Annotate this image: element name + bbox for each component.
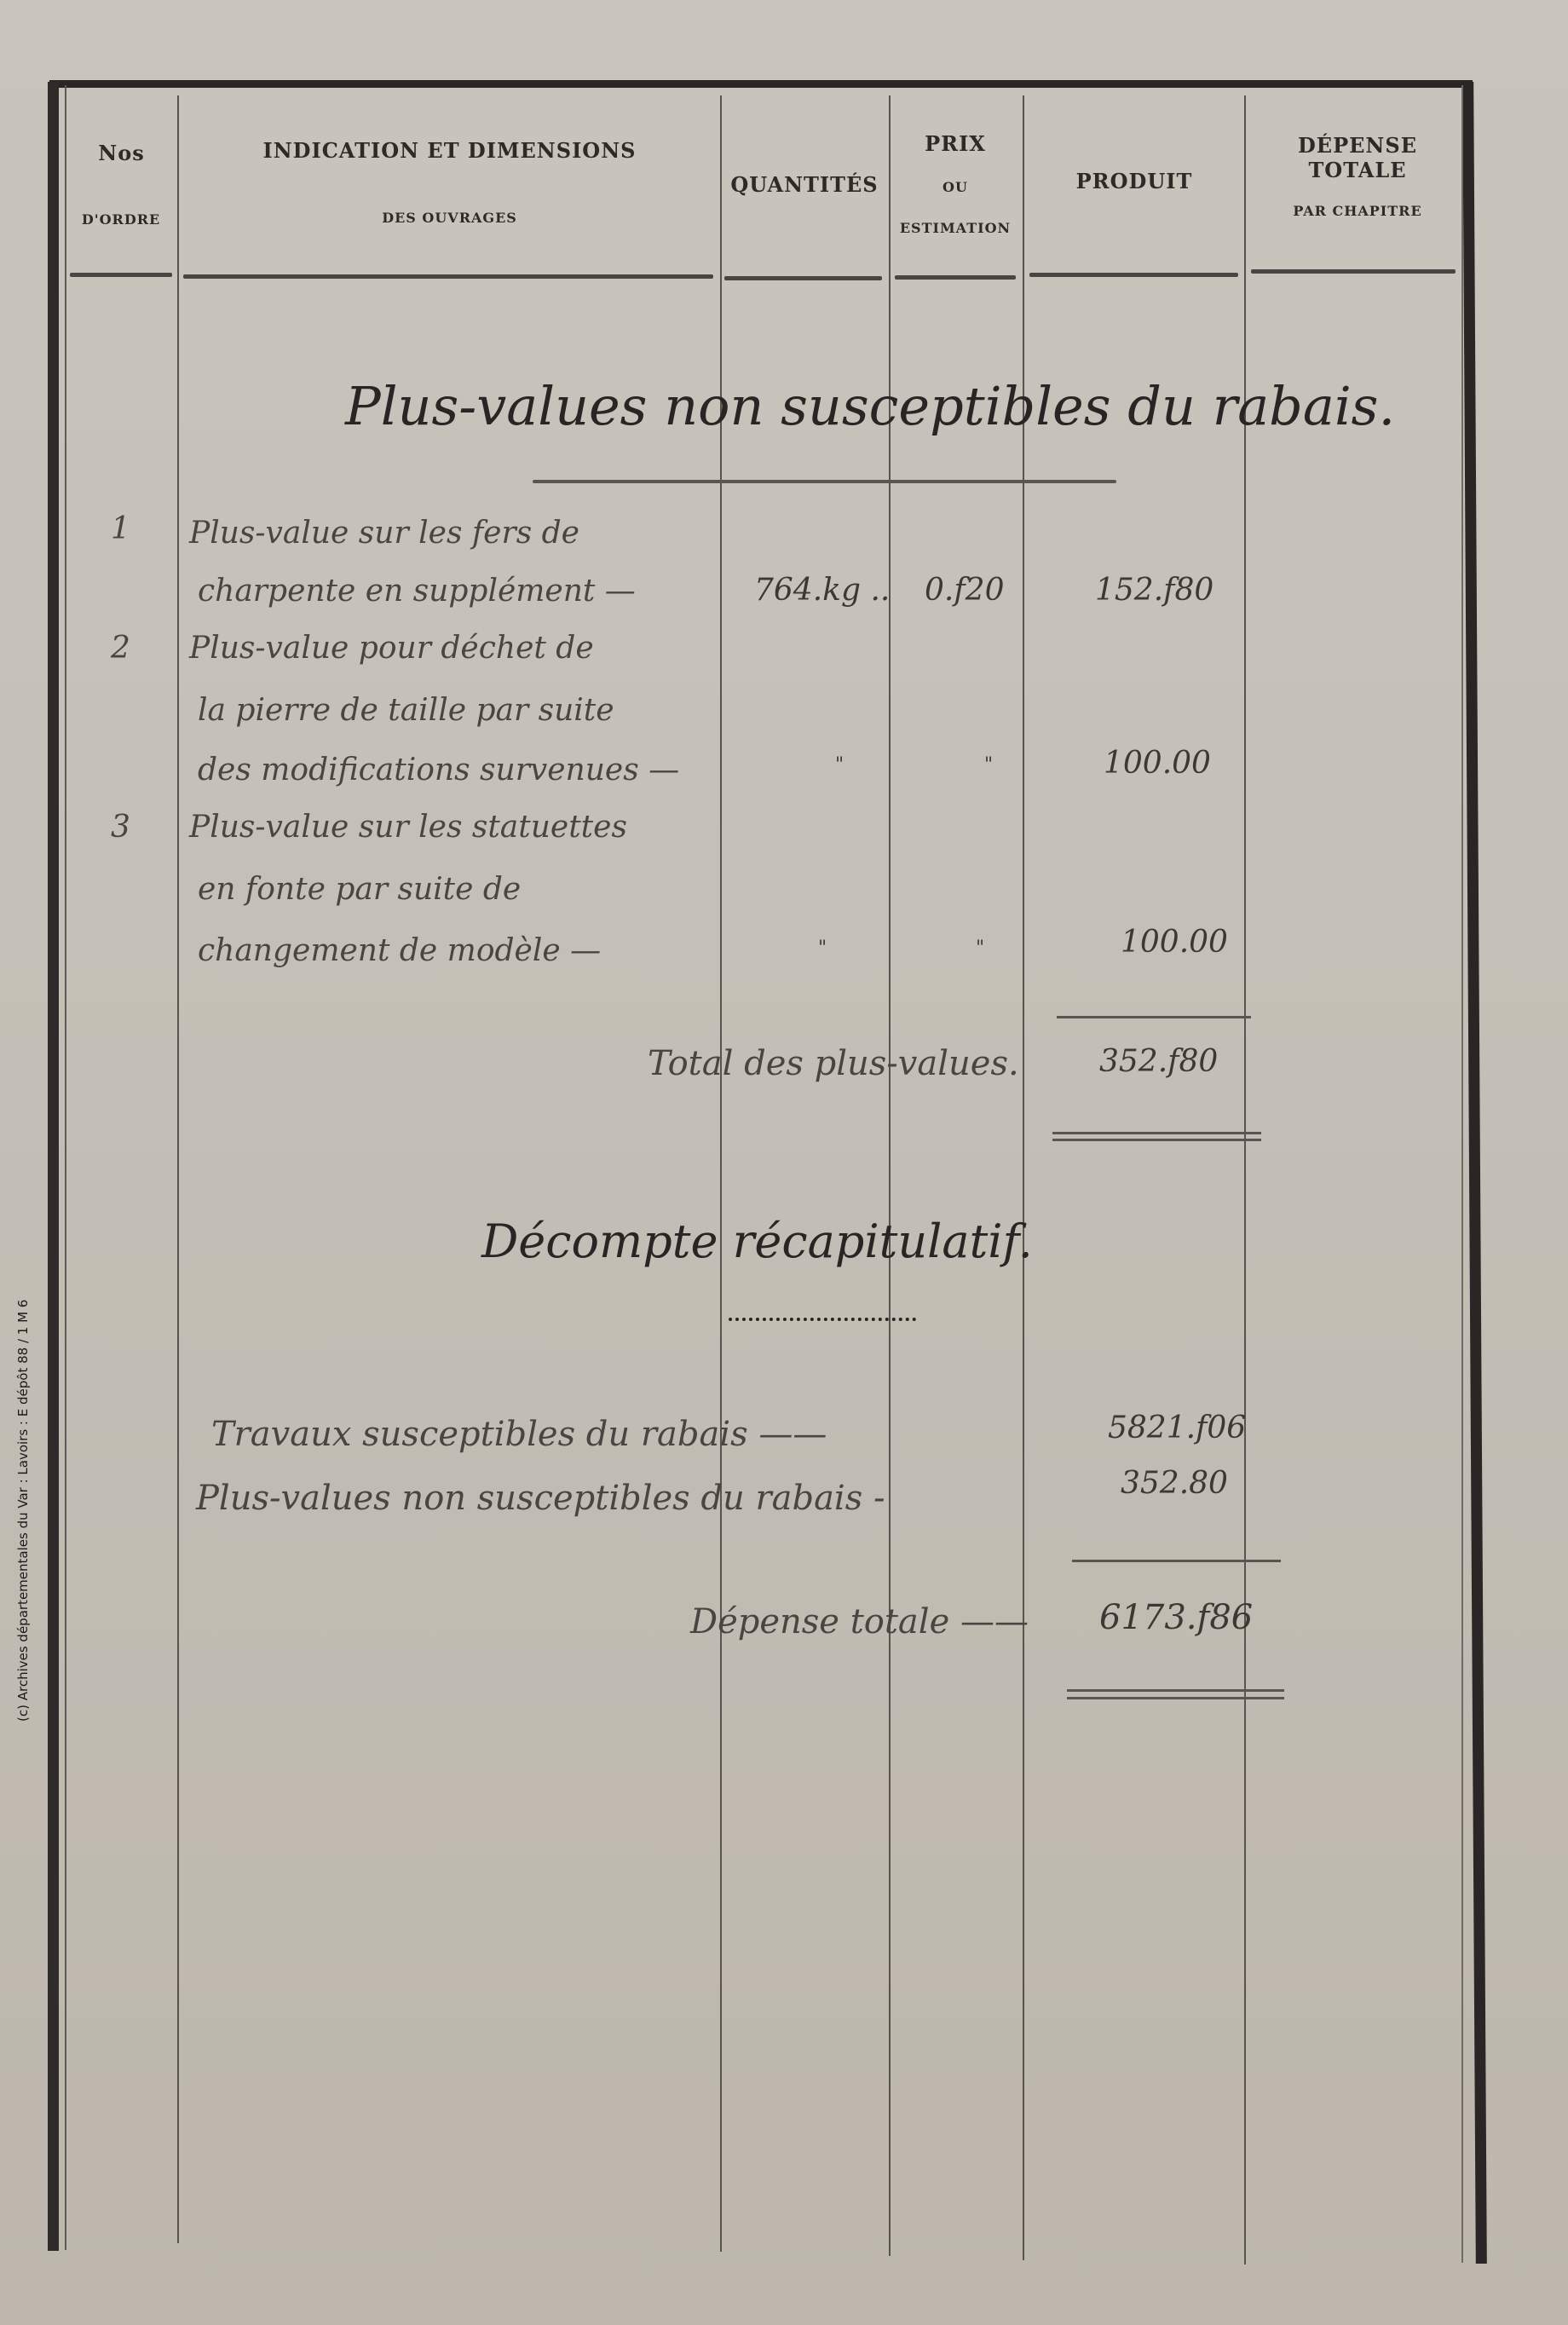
frame-right-border — [1462, 82, 1487, 2264]
item-3-price: " — [976, 937, 984, 959]
item-3-quantity: " — [818, 937, 827, 959]
item-1-product: 152.f80 — [1095, 573, 1213, 608]
grand-total-label: Dépense totale —— — [690, 1602, 1029, 1641]
item-2-line-3: des modifications survenues — — [198, 753, 679, 787]
header-no-line2: D'ORDRE — [61, 211, 181, 228]
subtotal-label: Total des plus-values. — [648, 1044, 1019, 1083]
header-rule-no — [70, 273, 172, 277]
archive-watermark: (c) Archives départementales du Var : La… — [15, 1300, 31, 1722]
grand-total-double-rule-1 — [1067, 1689, 1284, 1692]
subtotal-double-rule-2 — [1052, 1139, 1261, 1141]
item-3-line-2: en fonte par suite de — [198, 872, 521, 907]
frame-left-inner-rule — [65, 85, 66, 2250]
header-rule-quantites — [724, 276, 882, 280]
item-1-price: 0.f20 — [925, 573, 1004, 608]
item-2-price: " — [984, 754, 993, 776]
item-2-line-1: Plus-value pour déchet de — [189, 631, 594, 666]
item-2-number: 2 — [111, 631, 130, 666]
item-2-product: 100.00 — [1104, 746, 1211, 781]
document-page: (c) Archives départementales du Var : La… — [0, 0, 1568, 2325]
frame-right-inner-rule — [1461, 85, 1463, 2263]
header-depense-line2: PAR CHAPITRE — [1246, 203, 1469, 219]
section-title-decompte: Décompte récapitulatif. — [481, 1214, 1033, 1268]
grand-total-top-rule — [1072, 1560, 1281, 1562]
grand-total-double-rule-2 — [1067, 1697, 1284, 1699]
grand-total-value: 6173.f86 — [1099, 1598, 1253, 1637]
item-3-number: 3 — [111, 810, 130, 845]
header-no-line1: Nos — [68, 141, 175, 165]
item-1-number: 1 — [111, 511, 130, 546]
header-prix-line2: OU — [891, 179, 1020, 195]
subtotal-double-rule-1 — [1052, 1132, 1261, 1134]
recap-row-1-label: Travaux susceptibles du rabais —— — [211, 1415, 827, 1454]
recap-row-2-label: Plus-values non susceptibles du rabais - — [196, 1479, 885, 1518]
item-1-line-1: Plus-value sur les fers de — [189, 516, 579, 551]
header-indication-line2: DES OUVRAGES — [183, 210, 716, 226]
frame-top-border — [49, 80, 1473, 88]
item-2-quantity: " — [835, 754, 844, 776]
item-3-line-1: Plus-value sur les statuettes — [189, 810, 627, 845]
item-3-product: 100.00 — [1121, 925, 1228, 960]
header-prix-line1: PRIX — [891, 131, 1020, 156]
frame-left-border — [48, 82, 59, 2251]
header-quantites: QUANTITÉS — [723, 172, 886, 197]
item-1-quantity: 764.kg .. — [754, 573, 890, 608]
header-rule-depense — [1251, 269, 1456, 274]
recap-row-2-value: 352.80 — [1121, 1466, 1228, 1501]
header-rule-produit — [1029, 273, 1238, 277]
item-2-line-2: la pierre de taille par suite — [198, 693, 614, 728]
header-rule-indication — [183, 274, 713, 279]
recap-row-1-value: 5821.f06 — [1108, 1411, 1246, 1445]
column-divider-no — [177, 95, 179, 2243]
section-title-underline — [533, 480, 1116, 483]
subtotal-value: 352.f80 — [1099, 1044, 1218, 1079]
subtotal-top-rule — [1057, 1016, 1251, 1018]
header-indication-line1: INDICATION ET DIMENSIONS — [183, 138, 716, 163]
header-produit: PRODUIT — [1027, 169, 1242, 193]
item-1-line-2: charpente en supplément — — [198, 574, 636, 609]
header-prix-line3: ESTIMATION — [891, 220, 1020, 236]
section-title-decompte-underline — [729, 1312, 916, 1321]
section-title-plus-values: Plus-values non susceptibles du rabais. — [345, 375, 1395, 437]
item-3-line-3: changement de modèle — — [198, 933, 601, 968]
header-rule-prix — [895, 275, 1016, 280]
header-depense-line1: DÉPENSE TOTALE — [1246, 133, 1469, 182]
